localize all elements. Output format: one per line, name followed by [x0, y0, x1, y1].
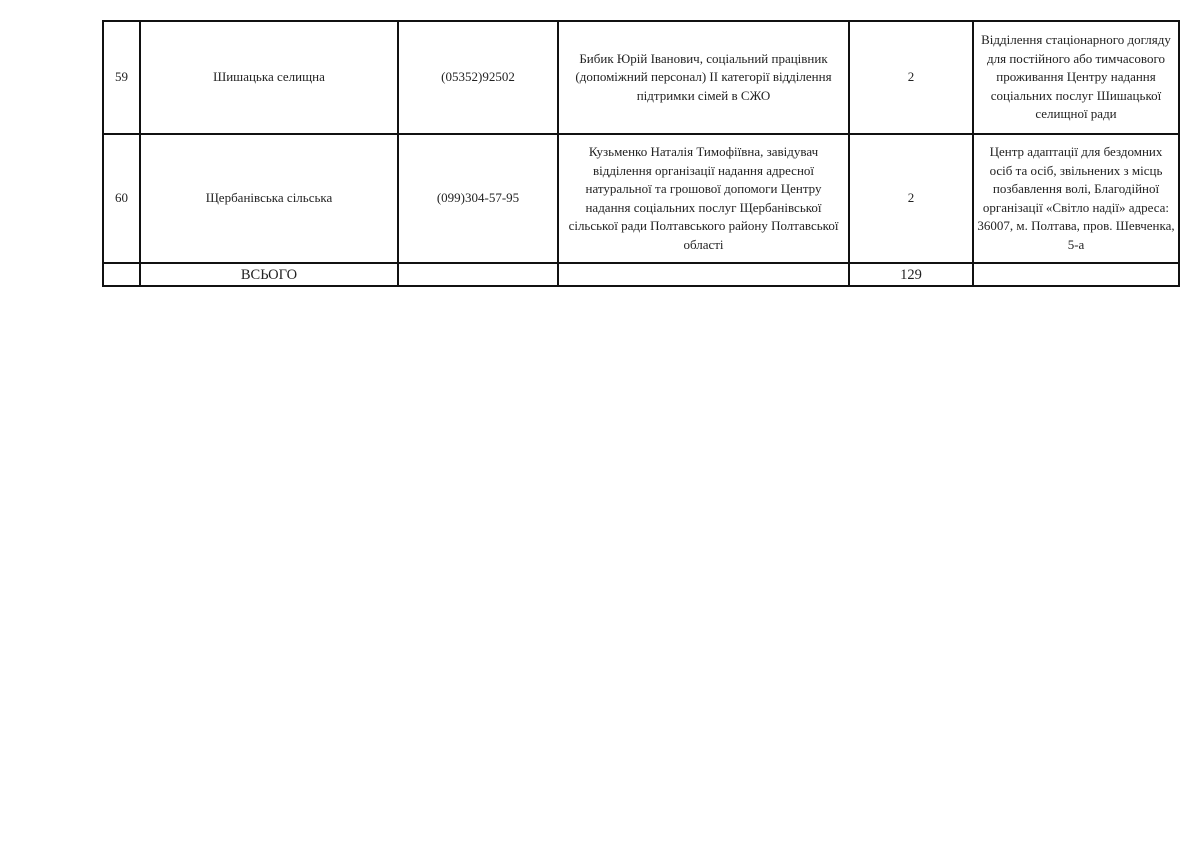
institution-cell: Центр адаптації для бездомних осіб та ос…: [973, 134, 1179, 263]
responsible-person-cell: Кузьменко Наталія Тимофіївна, завідувач …: [558, 134, 849, 263]
table-row: 59 Шишацька селищна (05352)92502 Бибик Ю…: [103, 21, 1179, 134]
total-institution-cell: [973, 263, 1179, 286]
total-row: ВСЬОГО 129: [103, 263, 1179, 286]
institution-cell: Відділення стаціонарного догляду для пос…: [973, 21, 1179, 134]
total-label-cell: ВСЬОГО: [140, 263, 398, 286]
total-number-cell: [103, 263, 140, 286]
community-cell: Шишацька селищна: [140, 21, 398, 134]
row-number-cell: 59: [103, 21, 140, 134]
row-number-cell: 60: [103, 134, 140, 263]
count-cell: 2: [849, 21, 973, 134]
phone-cell: (05352)92502: [398, 21, 558, 134]
responsible-person-cell: Бибик Юрій Іванович, соціальний працівни…: [558, 21, 849, 134]
community-cell: Щербанівська сільська: [140, 134, 398, 263]
table-row: 60 Щербанівська сільська (099)304-57-95 …: [103, 134, 1179, 263]
social-services-table: 59 Шишацька селищна (05352)92502 Бибик Ю…: [102, 20, 1180, 287]
count-cell: 2: [849, 134, 973, 263]
total-count-cell: 129: [849, 263, 973, 286]
document-page: 59 Шишацька селищна (05352)92502 Бибик Ю…: [0, 0, 1200, 848]
total-person-cell: [558, 263, 849, 286]
total-phone-cell: [398, 263, 558, 286]
phone-cell: (099)304-57-95: [398, 134, 558, 263]
